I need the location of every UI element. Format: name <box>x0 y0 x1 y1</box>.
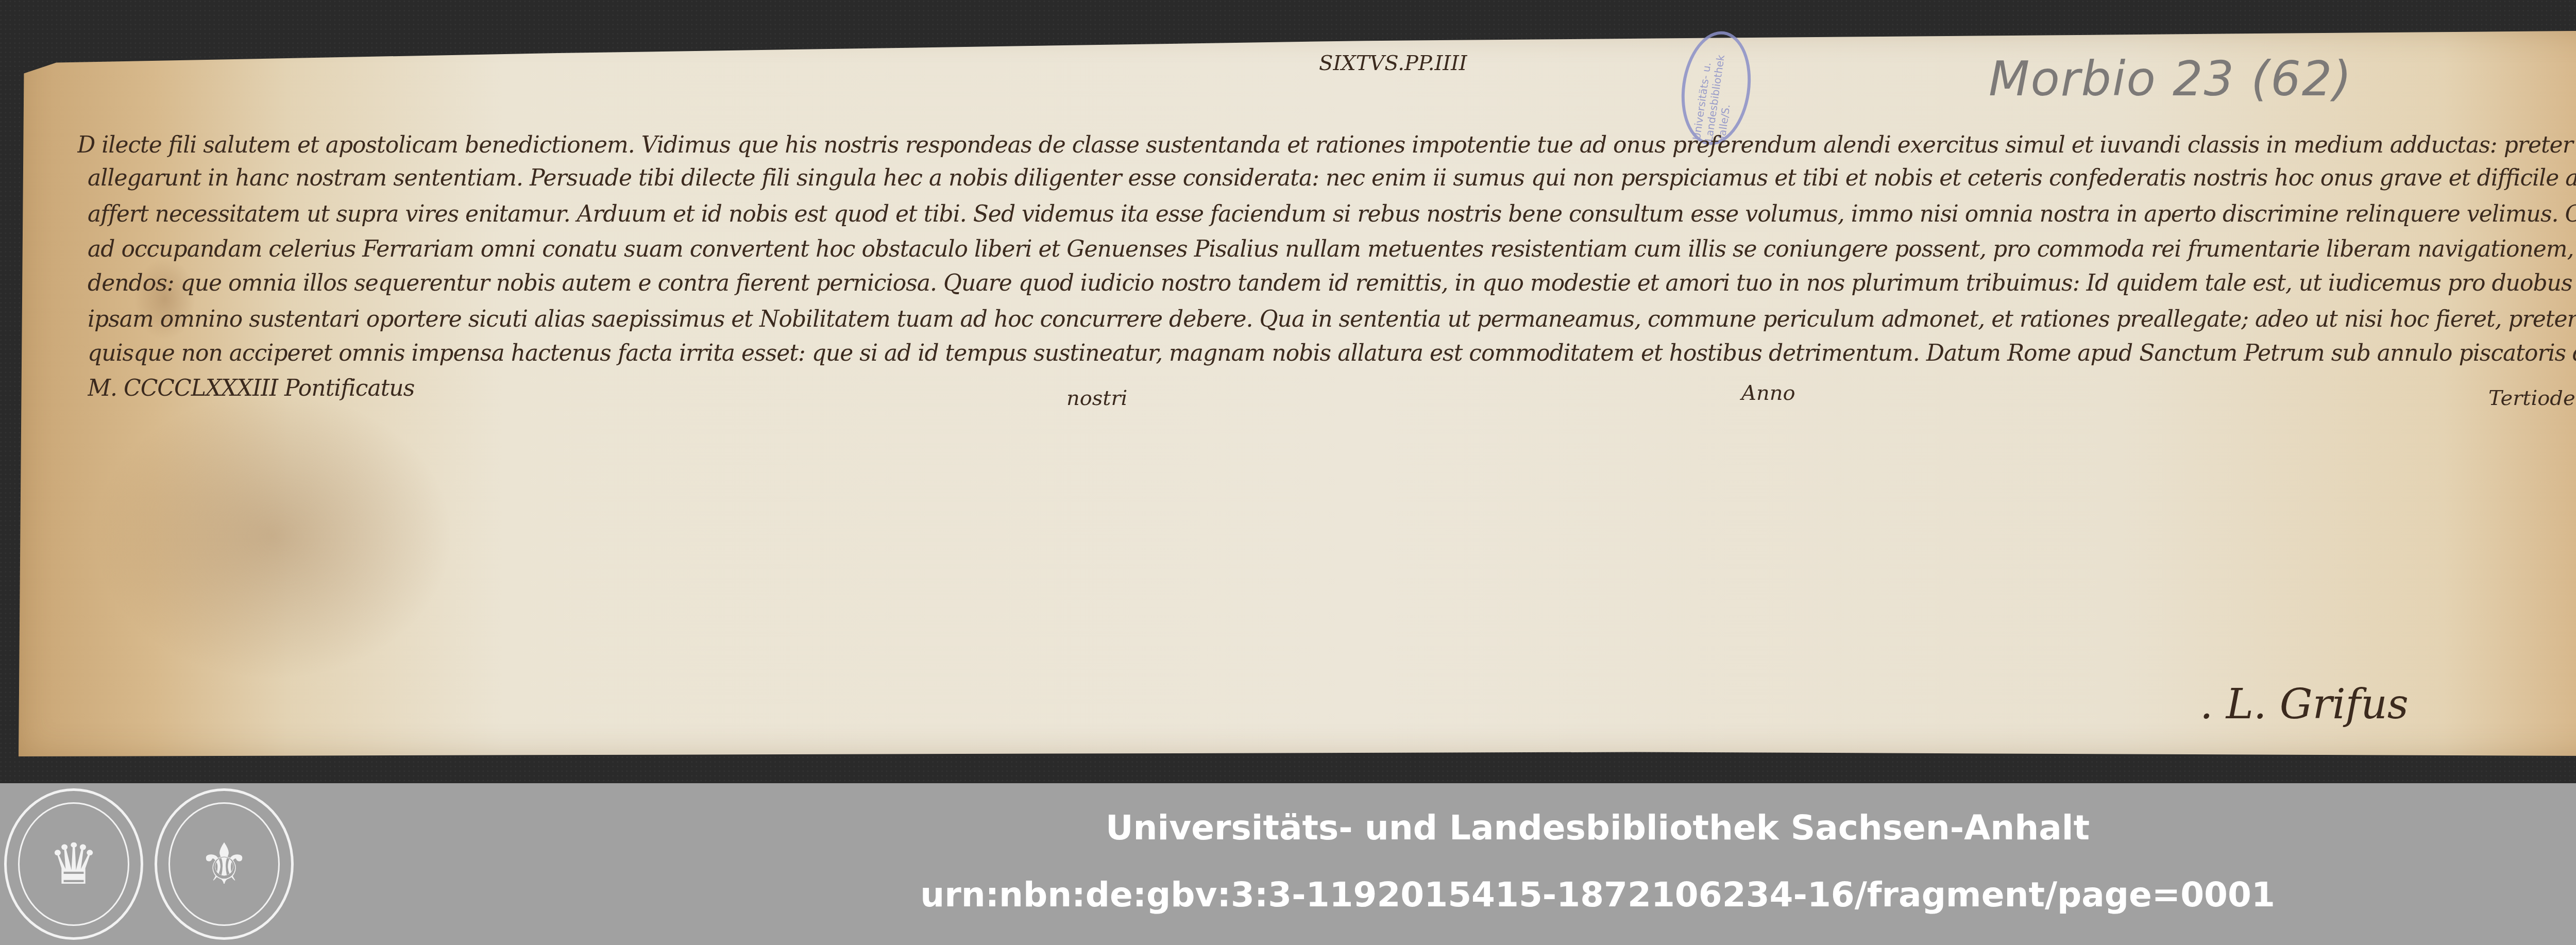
manuscript-line: ipsam omnino sustentari oportere sicuti … <box>88 304 2576 335</box>
pencil-shelfmark: Morbio 23 (62) <box>1989 52 2352 107</box>
signature: . L. Grifus <box>2200 680 2409 728</box>
date-word-nostri: nostri <box>1066 386 1127 410</box>
institution-name: Universitäts- und Landesbibliothek Sachs… <box>0 808 2576 848</box>
urn-identifier: urn:nbn:de:gbv:3:3-1192015415-1872106234… <box>0 875 2576 915</box>
water-stain <box>93 392 453 680</box>
manuscript-line: D ilecte fili salutem et apostolicam ben… <box>77 130 2576 161</box>
manuscript-line: M. CCCCLXXXIII Pontificatus <box>88 373 500 404</box>
date-word-anno: Anno <box>1741 381 1795 405</box>
manuscript-line: allegarunt in hanc nostram sententiam. P… <box>88 163 2576 194</box>
document-header-title: SIXTVS.PP.IIII <box>1319 52 1467 75</box>
manuscript-line: ad occupandam celerius Ferrariam omni co… <box>88 234 2576 265</box>
manuscript-line: quisque non acciperet omnis impensa hact… <box>88 338 2576 369</box>
manuscript-line: dendos: que omnia illos sequerentur nobi… <box>88 268 2576 299</box>
date-word-tertiodecimo: Tertiodecimo. <box>2488 386 2576 410</box>
manuscript-line: affert necessitatem ut supra vires enita… <box>88 199 2576 230</box>
footer-banner: ♛ ⚜ Universitäts- und Landesbibliothek S… <box>0 783 2576 945</box>
